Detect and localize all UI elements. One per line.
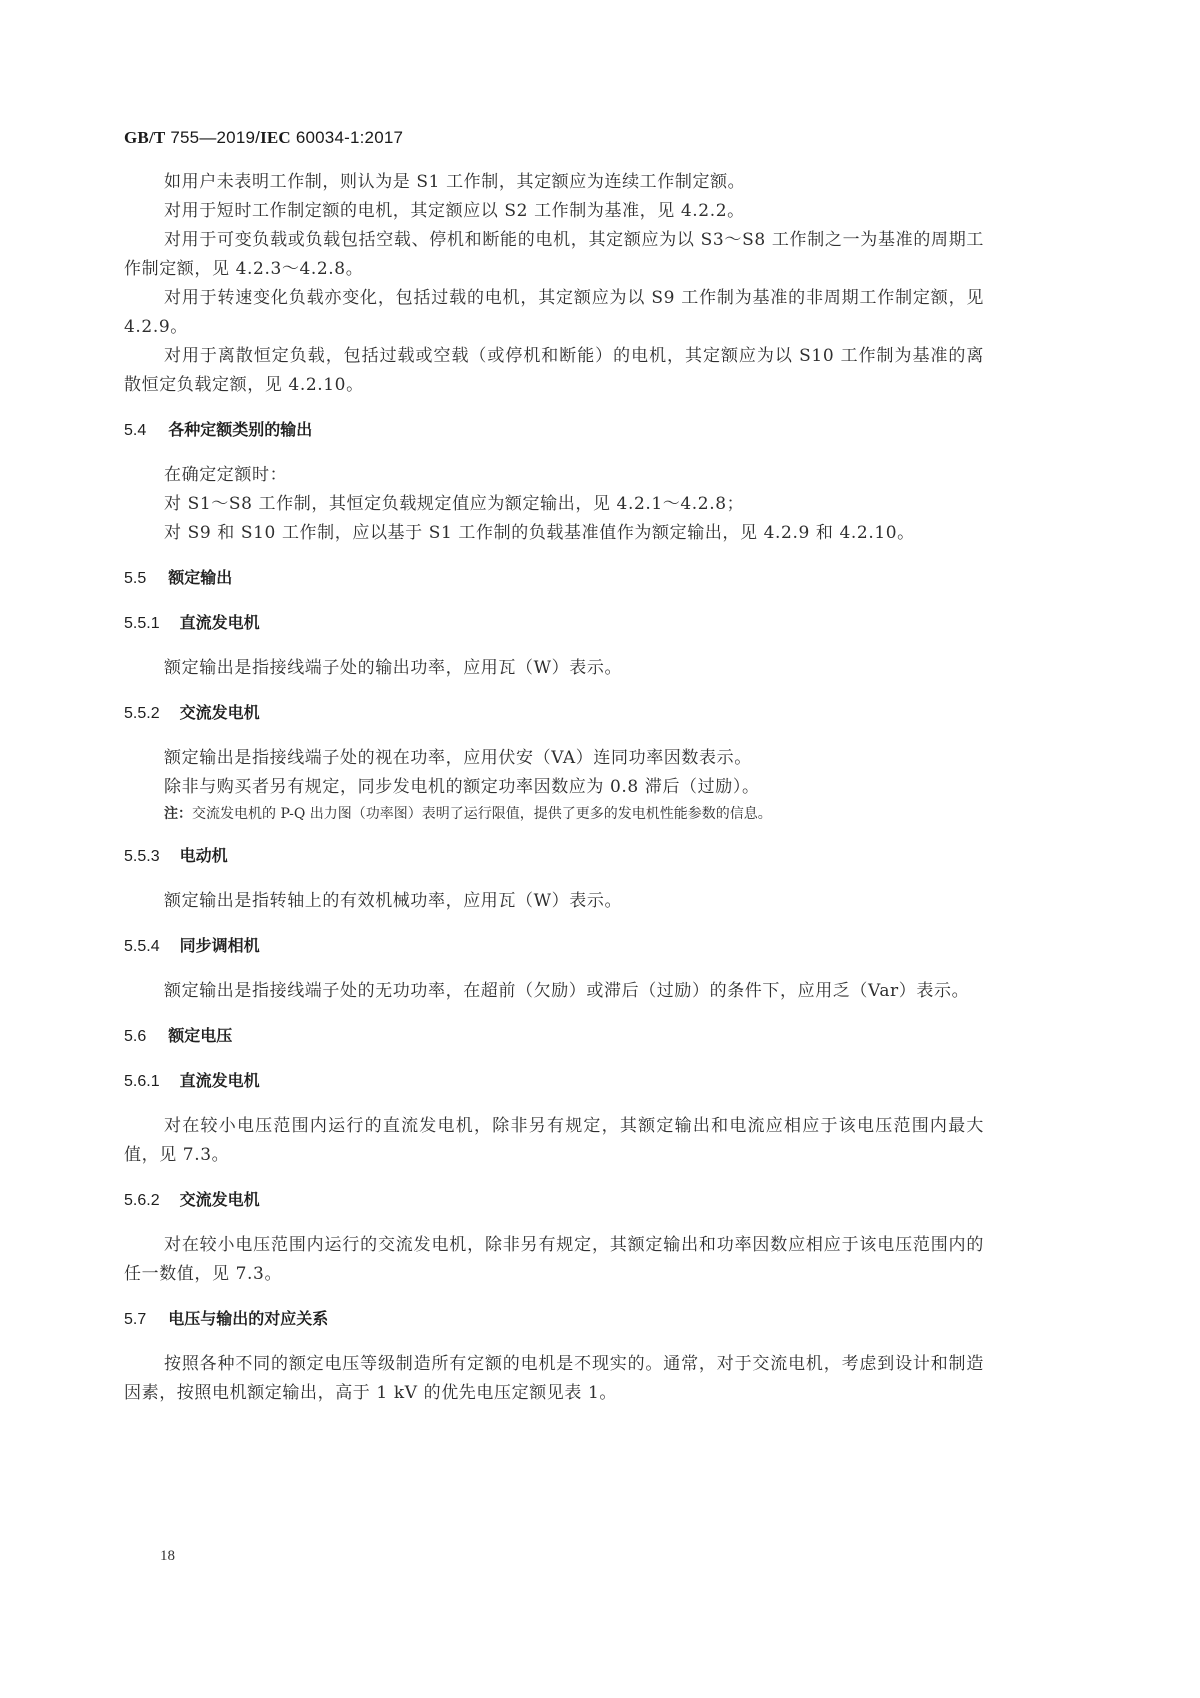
section-title: 电压与输出的对应关系 [168,1305,328,1333]
section-paragraph: 按照各种不同的额定电压等级制造所有定额的电机是不现实的。通常，对于交流电机，考虑… [124,1350,984,1408]
section-heading-5-5: 5.5 额定输出 [124,564,984,593]
section-title: 各种定额类别的输出 [168,416,312,444]
section-number: 5.5.1 [124,610,160,638]
section-heading-5-6-2: 5.6.2 交流发电机 [124,1186,984,1215]
section-number: 5.5.2 [124,700,160,728]
page-number: 18 [160,1548,175,1565]
intro-paragraph: 对用于离散恒定负载，包括过载或空载（或停机和断能）的电机，其定额应为以 S10 … [124,342,984,400]
section-title: 交流发电机 [180,1186,260,1214]
section-title: 交流发电机 [180,699,260,727]
section-heading-5-5-3: 5.5.3 电动机 [124,842,984,871]
intro-paragraph: 如用户未表明工作制，则认为是 S1 工作制，其定额应为连续工作制定额。 [124,168,984,197]
section-title: 电动机 [180,842,228,870]
intro-paragraph: 对用于转速变化负载亦变化，包括过载的电机，其定额应为以 S9 工作制为基准的非周… [124,284,984,342]
section-number: 5.6.2 [124,1187,160,1215]
section-title: 直流发电机 [180,1067,260,1095]
section-paragraph: 对在较小电压范围内运行的直流发电机，除非另有规定，其额定输出和电流应相应于该电压… [124,1112,984,1170]
section-heading-5-6-1: 5.6.1 直流发电机 [124,1067,984,1096]
section-title: 同步调相机 [180,932,260,960]
section-heading-5-5-4: 5.5.4 同步调相机 [124,932,984,961]
section-paragraph: 对 S9 和 S10 工作制，应以基于 S1 工作制的负载基准值作为额定输出，见… [124,519,984,548]
document-body: 如用户未表明工作制，则认为是 S1 工作制，其定额应为连续工作制定额。 对用于短… [124,168,984,1408]
section-heading-5-5-2: 5.5.2 交流发电机 [124,699,984,728]
section-title: 额定电压 [168,1022,232,1050]
section-paragraph: 额定输出是指接线端子处的视在功率，应用伏安（VA）连同功率因数表示。 [124,744,984,773]
section-paragraph: 对 S1～S8 工作制，其恒定负载规定值应为额定输出，见 4.2.1～4.2.8… [124,490,984,519]
section-heading-5-7: 5.7 电压与输出的对应关系 [124,1305,984,1334]
section-title: 直流发电机 [180,609,260,637]
section-number: 5.5.4 [124,933,160,961]
section-number: 5.6.1 [124,1068,160,1096]
note: 注：交流发电机的 P-Q 出力图（功率图）表明了运行限值，提供了更多的发电机性能… [124,802,984,826]
section-heading-5-4: 5.4 各种定额类别的输出 [124,416,984,445]
section-paragraph: 额定输出是指接线端子处的无功功率，在超前（欠励）或滞后（过励）的条件下，应用乏（… [124,977,984,1006]
section-number: 5.7 [124,1306,146,1334]
standard-prefix: GB/T [124,128,165,147]
standard-number: 755—2019/ [165,128,260,147]
intro-paragraph: 对用于可变负载或负载包括空载、停机和断能的电机，其定额应为以 S3～S8 工作制… [124,226,984,284]
section-number: 5.4 [124,417,146,445]
section-paragraph: 在确定定额时： [124,461,984,490]
section-heading-5-6: 5.6 额定电压 [124,1022,984,1051]
section-number: 5.5.3 [124,843,160,871]
section-title: 额定输出 [168,564,232,592]
document-page: GB/T 755—2019/IEC 60034-1:2017 如用户未表明工作制… [0,0,1200,1698]
section-number: 5.5 [124,565,146,593]
section-paragraph: 除非与购买者另有规定，同步发电机的额定功率因数应为 0.8 滞后（过励）。 [124,773,984,802]
section-heading-5-5-1: 5.5.1 直流发电机 [124,609,984,638]
note-label: 注： [164,806,192,822]
section-number: 5.6 [124,1023,146,1051]
standard-header: GB/T 755—2019/IEC 60034-1:2017 [124,128,403,148]
note-text: 交流发电机的 P-Q 出力图（功率图）表明了运行限值，提供了更多的发电机性能参数… [192,806,772,822]
intro-paragraph: 对用于短时工作制定额的电机，其定额应以 S2 工作制为基准，见 4.2.2。 [124,197,984,226]
section-paragraph: 对在较小电压范围内运行的交流发电机，除非另有规定，其额定输出和功率因数应相应于该… [124,1231,984,1289]
section-paragraph: 额定输出是指转轴上的有效机械功率，应用瓦（W）表示。 [124,887,984,916]
section-paragraph: 额定输出是指接线端子处的输出功率，应用瓦（W）表示。 [124,654,984,683]
iec-prefix: IEC [260,128,291,147]
iec-number: 60034-1:2017 [291,128,403,147]
